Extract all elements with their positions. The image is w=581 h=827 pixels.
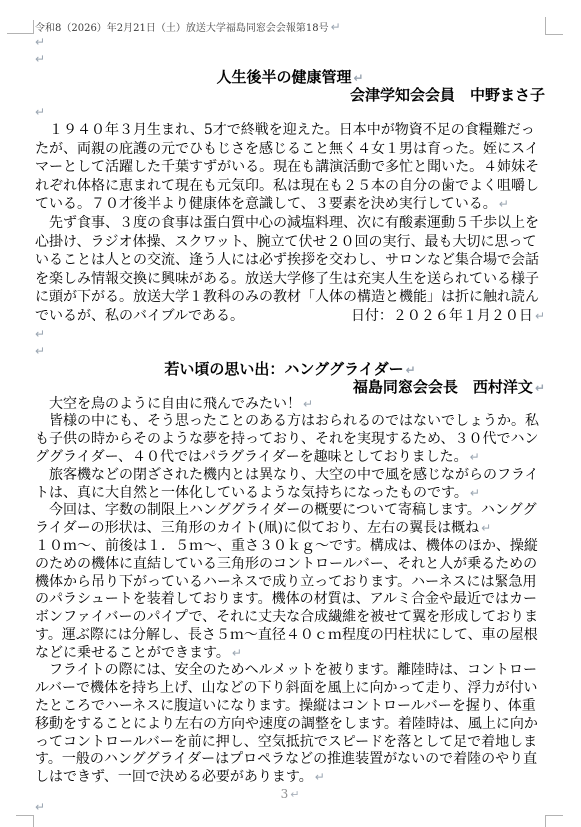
paragraph-mark-icon: ↵ [497, 197, 509, 211]
body-line: に頭が下がる。放送大学１教科のみの教材「人体の構造と機能」は折に触れ読ん [35, 288, 545, 307]
body-line-text: ボンファイバーのパイプで、それに丈夫な合成繊維を被せて翼を形成しておりま [35, 609, 538, 625]
paragraph-mark-icon: ↵ [351, 71, 363, 85]
paragraph-mark-icon: ↵ [301, 397, 313, 411]
text-boundary-mark-top-right [545, 34, 563, 35]
article1-date-text: 日付：２０２６年１月２０日 [351, 308, 533, 324]
body-line-text: 移動をすることにより左右の方向や速度の調整をします。着陸時は、風上に向か [35, 716, 538, 732]
body-line: 旅客機などの閉ざされた機内とは異なり、大空の中で風を感じながらのフライ [35, 467, 545, 485]
body-line: 先ず食事、３度の食事は蛋白質中心の減塩料理、次に有酸素運動５千歩以上を [35, 214, 545, 233]
body-line-text: たが、両親の庇護の元でひもじさを感じること無く４女１男は育った。姪にスイ [35, 141, 539, 157]
paragraph-mark-icon: ↵ [35, 800, 45, 814]
page-number: 3↵ [35, 787, 545, 801]
paragraph-mark-icon: ↵ [35, 105, 45, 119]
body-line-text: す。運ぶ際には分解し、長さ５ｍ～直径４０ｃｍ程度の円柱状にして、車の屋根 [35, 627, 538, 643]
body-line: 今回は、字数の制限上ハンググライダーの概要について寄稿します。ハンググ [35, 502, 545, 520]
body-line: ている。７０才後半より健康体を意識して、３要素を決め実行している。↵ [35, 195, 545, 214]
body-line: いることは人との交流、逢う人には必ず挨拶を交わし、サロンなど集合場で会話 [35, 251, 545, 270]
document-body: ↵ ↵ 人生後半の健康管理↵ 会津学知会会員 中野まさ子 ↵ １９４０年３月生ま… [35, 34, 545, 814]
text-boundary-mark-top-left [33, 20, 34, 34]
text-boundary-mark-bottom-left [16, 815, 34, 816]
article1-title: 人生後半の健康管理↵ [35, 68, 545, 86]
body-line-text: フライトの際には、安全のためヘルメットを被ります。離陸時は、コントロー [35, 662, 537, 678]
body-line-text: 先ず食事、３度の食事は蛋白質中心の減塩料理、次に有酸素運動５千歩以上を [35, 215, 539, 231]
article2-title-text: 若い頃の思い出：ハンググライダー [164, 360, 403, 378]
body-line: たが、両親の庇護の元でひもじさを感じること無く４女１男は育った。姪にスイ [35, 140, 545, 159]
body-line-text: ググライダー、４０代ではパラグライダーを趣味としておりました。 [35, 449, 468, 465]
body-line-text: マーとして活躍した千葉すずがいる。現在も講演活動で多忙と聞いた。４姉妹そ [35, 159, 539, 175]
body-line: ライダーの形状は、三角形のカイト(凧)に似ており、左右の翼長は概ね↵ [35, 520, 545, 538]
text-boundary-mark-top-left [7, 33, 34, 34]
body-line: 心掛け、ラジオ体操、スクワット、腕立て伏せ２０回の実行、最も大切に思って [35, 233, 545, 252]
paragraph-mark-icon: ↵ [468, 450, 480, 464]
body-line: ルバーで機体を持ち上げ、山などの下り斜面を風上に向かって走り、浮力が付い [35, 680, 545, 698]
article1-date: 日付：２０２６年１月２０日↵ [351, 307, 545, 326]
body-line: も子供の時からそのような夢を持っており、それを実現するため、３０代でハン [35, 431, 545, 449]
body-line-text: しはできず、一回で決める必要があります。 [35, 769, 313, 785]
empty-paragraph: ↵ [35, 104, 545, 121]
body-line: す。運ぶ際には分解し、長さ５ｍ～直径４０ｃｍ程度の円柱状にして、車の屋根 [35, 627, 545, 645]
body-line: １０ｍ～、前後は１．５ｍ～、重さ３０ｋｇ～です。構成は、機体のほか、操縦 [35, 538, 545, 556]
body-line-text: 大空を鳥のように自由に飛んでみたい！ [35, 396, 301, 412]
paragraph-mark-icon: ↵ [468, 486, 480, 500]
body-line: れぞれ体格に恵まれて現在も元気印。私は現在も２５本の自分の歯でよく咀嚼し [35, 177, 545, 196]
paragraph-mark-icon: ↵ [313, 770, 325, 784]
body-line-text: に頭が下がる。放送大学１教科のみの教材「人体の構造と機能」は折に触れ読ん [35, 289, 539, 305]
paragraph-mark-icon: ↵ [533, 309, 545, 323]
body-line-text: ライダーの形状は、三角形のカイト(凧)に似ており、左右の翼長は概ね [35, 520, 479, 536]
body-line: １９４０年３月生まれ、5才で終戦を迎えた。日本中が物資不足の食糧難だっ [35, 121, 545, 140]
body-line: などに乗せることができます。↵ [35, 645, 545, 663]
article1-title-text: 人生後半の健康管理 [216, 68, 351, 86]
article2-author: 福島同窓会会長 西村洋文↵ [35, 378, 545, 396]
body-line: のパラシュートを装着しております。機体の材質は、アルミ合金や最近ではカー [35, 591, 545, 609]
body-line: を楽しみ情報交換に興味がある。放送大学修了生は充実人生を送られている様子 [35, 270, 545, 289]
article2-body: 大空を鳥のように自由に飛んでみたい！↵ 皆様の中にも、そう思ったことのある方はお… [35, 396, 545, 788]
text-boundary-mark-bottom-right [545, 815, 563, 816]
article2-title: 若い頃の思い出：ハンググライダー↵ [35, 360, 545, 378]
body-line-text: ルバーで機体を持ち上げ、山などの下り斜面を風上に向かって走り、浮力が付い [35, 680, 537, 696]
paragraph-mark-icon: ↵ [329, 20, 341, 34]
word-document-page: 令和8（2026）年2月21日（土）放送大学福島同窓会会報第18号↵ ↵ ↵ 人… [0, 0, 581, 827]
body-line-text: １９４０年３月生まれ、5才で終戦を迎えた。日本中が物資不足の食糧難だっ [35, 122, 535, 138]
body-line-text: のパラシュートを装着しております。機体の材質は、アルミ合金や最近ではカー [35, 591, 537, 607]
body-line: す。一般のハンググライダーはプロペラなどの推進装置がないので着陸のやり直 [35, 751, 545, 769]
body-line: たところでハーネスに腹這いになります。操縦はコントロールバーを握り、体重 [35, 698, 545, 716]
body-line: のための機体に直結している三角形のコントロールバー、それと人が乗るための [35, 556, 545, 574]
body-line-text: ってコントロールバーを前に押し、空気抵抗でスピードを落として足で着地しま [35, 734, 537, 750]
article2-author-text: 福島同窓会会長 西村洋文 [353, 378, 533, 396]
body-line-text: す。一般のハンググライダーはプロペラなどの推進装置がないので着陸のやり直 [35, 751, 537, 767]
body-line: 移動をすることにより左右の方向や速度の調整をします。着陸時は、風上に向か [35, 716, 545, 734]
text-boundary-mark-bottom-left [33, 815, 34, 827]
text-boundary-mark-bottom-right [545, 815, 546, 827]
paragraph-mark-icon: ↵ [230, 646, 242, 660]
paragraph-mark-icon: ↵ [479, 521, 491, 535]
body-line-text: ている。７０才後半より健康体を意識して、３要素を決め実行している。 [35, 196, 497, 212]
body-line-text: も子供の時からそのような夢を持っており、それを実現するため、３０代でハン [35, 431, 538, 447]
body-line-text: たところでハーネスに腹這いになります。操縦はコントロールバーを握り、体重 [35, 698, 536, 714]
paragraph-mark-icon: ↵ [533, 381, 545, 395]
empty-paragraph: ↵ [35, 51, 545, 68]
body-line: ボンファイバーのパイプで、それに丈夫な合成繊維を被せて翼を形成しておりま [35, 609, 545, 627]
paragraph-mark-icon: ↵ [35, 344, 45, 358]
body-line-text: １０ｍ～、前後は１．５ｍ～、重さ３０ｋｇ～です。構成は、機体のほか、操縦 [35, 538, 538, 554]
body-line: ってコントロールバーを前に押し、空気抵抗でスピードを落として足で着地しま [35, 734, 545, 752]
empty-paragraph: ↵ [35, 326, 545, 343]
body-line-text: のための機体に直結している三角形のコントロールバー、それと人が乗るための [35, 556, 537, 572]
paragraph-mark-icon: ↵ [35, 327, 45, 341]
page-header: 令和8（2026）年2月21日（土）放送大学福島同窓会会報第18号↵ [35, 20, 575, 34]
body-line-text: 旅客機などの閉ざされた機内とは異なり、大空の中で風を感じながらのフライ [35, 467, 539, 483]
article1-closing-line: でいるが、私のバイブルである。 日付：２０２６年１月２０日↵ [35, 307, 545, 326]
body-line-text: などに乗せることができます。 [35, 645, 230, 661]
body-line-text: 皆様の中にも、そう思ったことのある方はおられるのではないでしょうか。私 [35, 413, 539, 429]
paragraph-mark-icon: ↵ [288, 788, 299, 801]
body-line-text: トは、真に大自然と一体化しているような気持ちになったものです。 [35, 485, 468, 501]
paragraph-mark-icon: ↵ [404, 363, 416, 377]
empty-paragraph: ↵ [35, 34, 545, 51]
paragraph-mark-icon: ↵ [35, 35, 45, 49]
body-line-text: を楽しみ情報交換に興味がある。放送大学修了生は充実人生を送られている様子 [35, 271, 539, 287]
article1-author: 会津学知会会員 中野まさ子 [35, 86, 545, 104]
body-line: 皆様の中にも、そう思ったことのある方はおられるのではないでしょうか。私 [35, 413, 545, 431]
empty-paragraph: ↵ [35, 801, 545, 814]
body-line: フライトの際には、安全のためヘルメットを被ります。離陸時は、コントロー [35, 662, 545, 680]
article1-closing-text: でいるが、私のバイブルである。 [35, 307, 244, 326]
body-line: 大空を鳥のように自由に飛んでみたい！↵ [35, 396, 545, 414]
body-line: ググライダー、４０代ではパラグライダーを趣味としておりました。↵ [35, 449, 545, 467]
body-line-text: 心掛け、ラジオ体操、スクワット、腕立て伏せ２０回の実行、最も大切に思って [35, 234, 536, 250]
body-line: しはできず、一回で決める必要があります。↵ [35, 769, 545, 787]
article1-author-text: 会津学知会会員 中野まさ子 [350, 86, 545, 104]
body-line: トは、真に大自然と一体化しているような気持ちになったものです。↵ [35, 485, 545, 503]
body-line-text: いることは人との交流、逢う人には必ず挨拶を交わし、サロンなど集合場で会話 [35, 252, 539, 268]
body-line-text: 機体から吊り下がっているハーネスで成り立っております。ハーネスには緊急用 [35, 574, 536, 590]
body-line: マーとして活躍した千葉すずがいる。現在も講演活動で多忙と聞いた。４姉妹そ [35, 158, 545, 177]
empty-paragraph: ↵ [35, 343, 545, 360]
paragraph-mark-icon: ↵ [35, 52, 45, 66]
body-line-text: 今回は、字数の制限上ハンググライダーの概要について寄稿します。ハンググ [35, 502, 537, 518]
header-text: 令和8（2026）年2月21日（土）放送大学福島同窓会会報第18号 [35, 23, 329, 34]
body-line-text: れぞれ体格に恵まれて現在も元気印。私は現在も２５本の自分の歯でよく咀嚼し [35, 178, 539, 194]
body-line: 機体から吊り下がっているハーネスで成り立っております。ハーネスには緊急用 [35, 574, 545, 592]
